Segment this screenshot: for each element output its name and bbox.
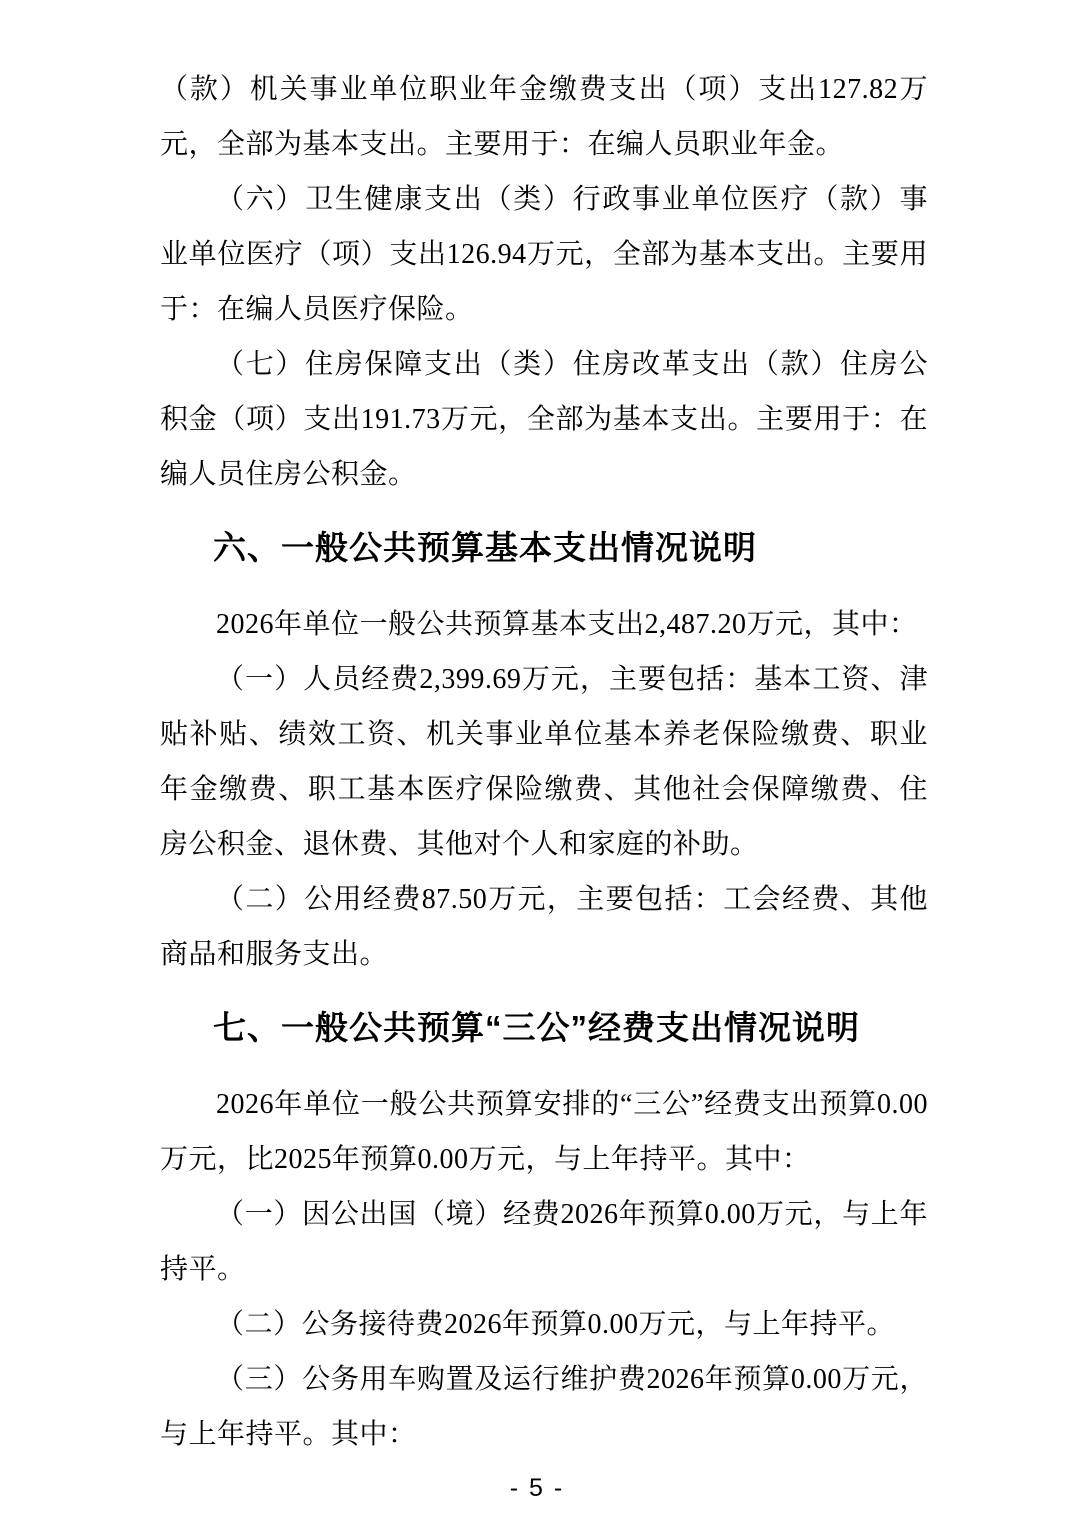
paragraph-section-seven-intro: 2026年单位一般公共预算安排的“三公”经费支出预算0.00万元，比2025年预… [160,1077,928,1187]
paragraph-personnel-funds: （一）人员经费2,399.69万元，主要包括：基本工资、津贴补贴、绩效工资、机关… [160,652,928,872]
paragraph-item-six-health-expenditure: （六）卫生健康支出（类）行政事业单位医疗（款）事业单位医疗（项）支出126.94… [160,172,928,337]
section-seven-heading: 七、一般公共预算“三公”经费支出情况说明 [160,1000,928,1055]
paragraph-section-six-intro: 2026年单位一般公共预算基本支出2,487.20万元，其中： [160,597,928,652]
paragraph-item-seven-housing-expenditure: （七）住房保障支出（类）住房改革支出（款）住房公积金（项）支出191.73万元，… [160,337,928,502]
paragraph-official-reception-funds: （二）公务接待费2026年预算0.00万元，与上年持平。 [160,1297,928,1352]
paragraph-overseas-trips-funds: （一）因公出国（境）经费2026年预算0.00万元，与上年持平。 [160,1187,928,1297]
paragraph-public-funds: （二）公用经费87.50万元，主要包括：工会经费、其他商品和服务支出。 [160,872,928,982]
document-page: （款）机关事业单位职业年金缴费支出（项）支出127.82万元，全部为基本支出。主… [0,0,1074,1520]
paragraph-official-vehicle-funds: （三）公务用车购置及运行维护费2026年预算0.00万元，与上年持平。其中： [160,1352,928,1462]
section-six-heading: 六、一般公共预算基本支出情况说明 [160,520,928,575]
document-text-block: （款）机关事业单位职业年金缴费支出（项）支出127.82万元，全部为基本支出。主… [160,62,928,1462]
paragraph-carryover-continuation: （款）机关事业单位职业年金缴费支出（项）支出127.82万元，全部为基本支出。主… [160,62,928,172]
page-number: - 5 - [0,1474,1074,1503]
